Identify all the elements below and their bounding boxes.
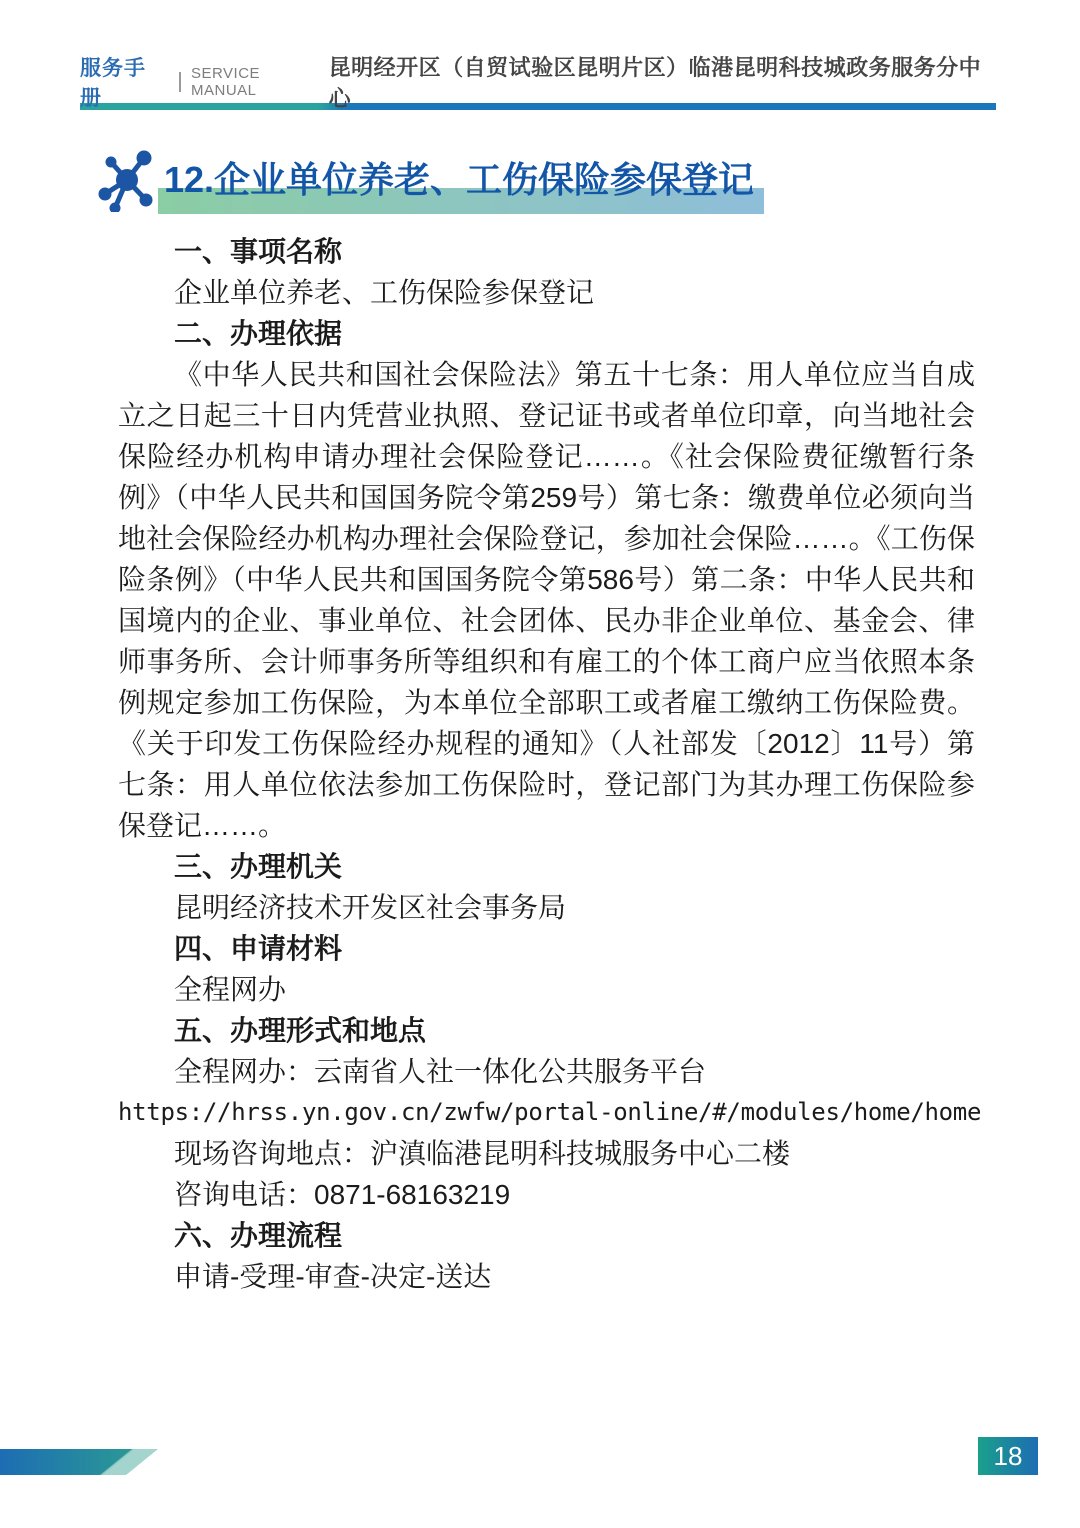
header-center-title: 昆明经开区（自贸试验区昆明片区）临港昆明科技城政务服务分中心 [329,51,996,113]
page-title: 12.企业单位养老、工伤保险参保登记 [164,156,754,204]
content-body: 一、事项名称企业单位养老、工伤保险参保登记二、办理依据《中华人民共和国社会保险法… [118,231,975,1297]
body-paragraph: 全程网办 [118,969,975,1010]
page-header: 服务手册 SERVICE MANUAL 昆明经开区（自贸试验区昆明片区）临港昆明… [80,66,996,110]
brand-title: 服务手册 [80,52,167,112]
brand-subtitle: SERVICE MANUAL [191,65,329,99]
body-paragraph: 《中华人民共和国社会保险法》第五十七条：用人单位应当自成立之日起三十日内凭营业执… [118,354,975,846]
section-heading: 二、办理依据 [118,313,975,354]
body-paragraph: 昆明经济技术开发区社会事务局 [118,887,975,928]
section-heading: 一、事项名称 [118,231,975,272]
url-line: https://hrss.yn.gov.cn/zwfw/portal-onlin… [118,1092,975,1133]
body-paragraph: 企业单位养老、工伤保险参保登记 [118,272,975,313]
header-row: 服务手册 SERVICE MANUAL 昆明经开区（自贸试验区昆明片区）临港昆明… [80,66,996,98]
title-wrap: 12.企业单位养老、工伤保险参保登记 [160,156,758,204]
section-title-block: 12.企业单位养老、工伤保险参保登记 [94,148,758,212]
header-divider [179,72,181,92]
document-page: 服务手册 SERVICE MANUAL 昆明经开区（自贸试验区昆明片区）临港昆明… [0,0,1080,1528]
section-heading: 三、办理机关 [118,846,975,887]
body-paragraph: 现场咨询地点：沪滇临港昆明科技城服务中心二楼 [118,1133,975,1174]
body-paragraph: 申请-受理-审查-决定-送达 [118,1256,975,1297]
section-heading: 五、办理形式和地点 [118,1010,975,1051]
page-number-badge: 18 [978,1437,1038,1475]
footer-decoration [0,1449,170,1475]
body-paragraph: 全程网办：云南省人社一体化公共服务平台 [118,1051,975,1092]
section-heading: 四、申请材料 [118,928,975,969]
section-heading: 六、办理流程 [118,1215,975,1256]
molecule-icon [94,148,158,212]
body-paragraph: 咨询电话：0871-68163219 [118,1174,975,1215]
